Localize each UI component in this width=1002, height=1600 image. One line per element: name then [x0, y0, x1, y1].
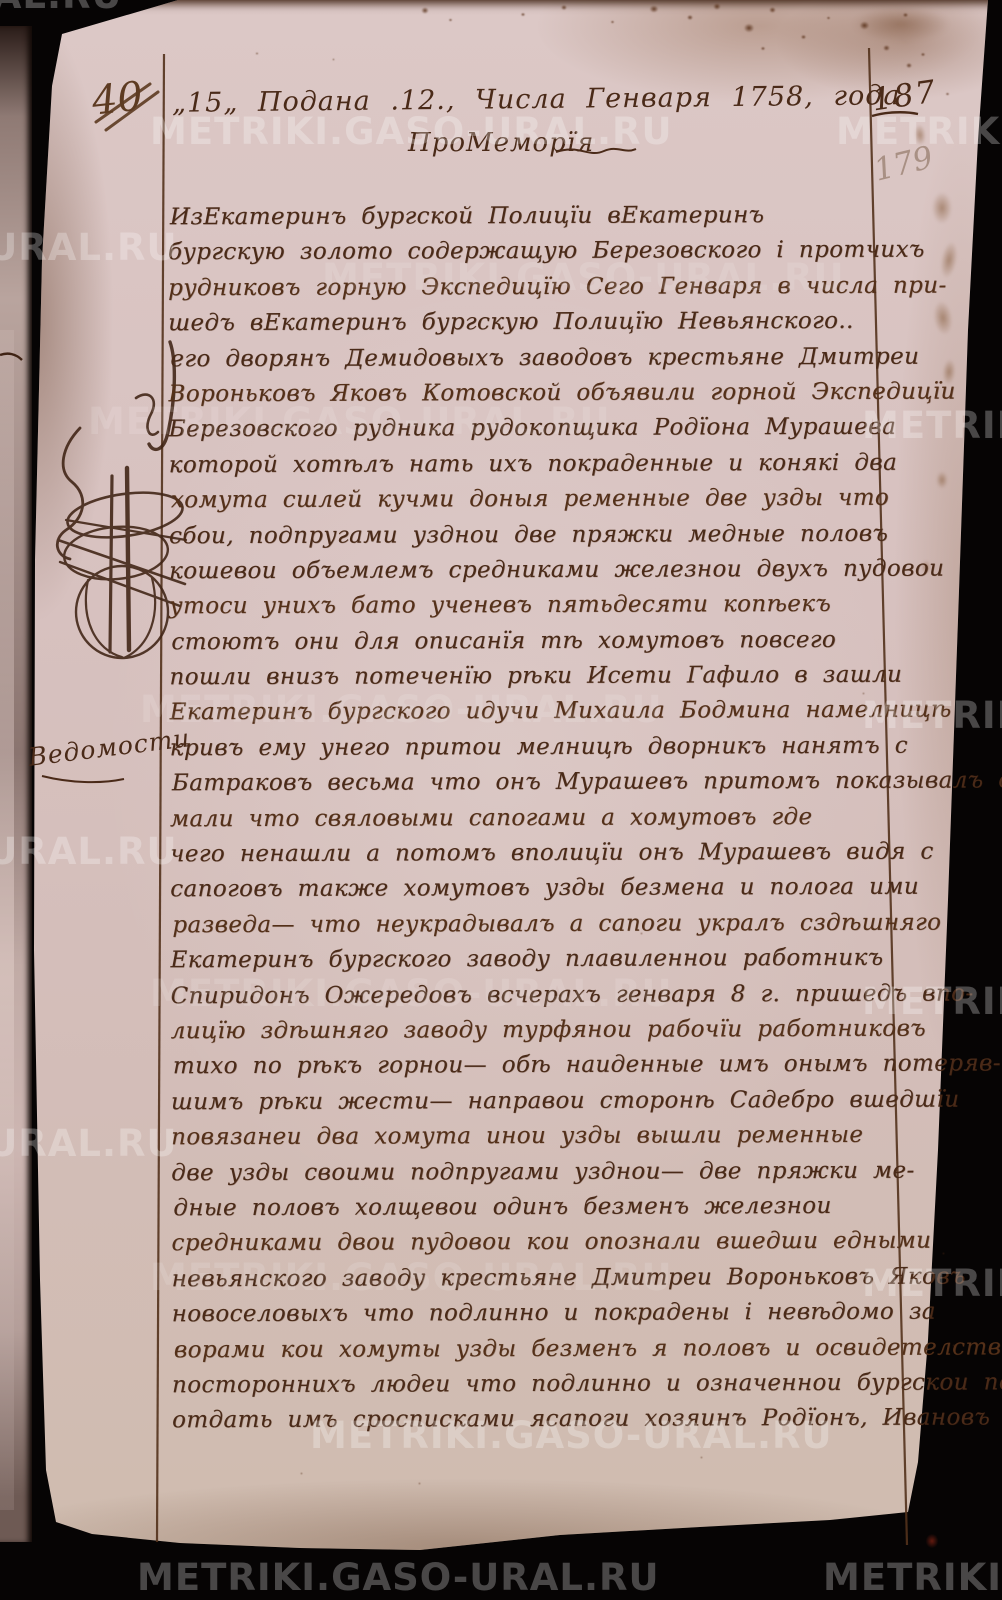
manuscript-line: сапоговъ также хомутовъ узды безмена и п… [170, 870, 894, 908]
manuscript-line: Спиридонъ Ожередовъ всчерахъ генваря 8 г… [171, 976, 895, 1014]
manuscript-line: невьянского заводу крестьяне Дмитреи Вор… [172, 1259, 896, 1297]
document-title: ПроМеморïя [408, 128, 594, 158]
manuscript-line: утоси унихъ бато ученевъ пятьдесяти копѣ… [169, 587, 893, 625]
left-margin-rule [157, 54, 164, 1542]
manuscript-line: его дворянъ Демидовыхъ заводовъ крестьян… [170, 339, 894, 377]
manuscript-line: две узды своими подпругами узднои— две п… [171, 1153, 895, 1191]
manuscript-line: Батраковъ весьма что онъ Мурашевъ притом… [172, 764, 896, 802]
facing-page-stroke [0, 354, 22, 360]
manuscript-line: Вороньковъ Яковъ Котовской объявили горн… [168, 375, 892, 413]
manuscript-line: шедъ вЕкатеринъ бургскую Полицïю Невьянс… [168, 304, 892, 342]
manuscript-line: которой хотѣлъ нать ихъ покраденные и ко… [169, 445, 893, 483]
manuscript-line: ИзЕкатеринъ бургской Полицïи вЕкатеринъ [170, 198, 894, 236]
manuscript-line: разведа— что неукрадывалъ а сапоги украл… [172, 906, 896, 944]
manuscript-line: новоселовыхъ что подлинно и покрадены і … [172, 1295, 896, 1333]
manuscript-line: ворами кои хомуты узды безменъ я половъ … [174, 1330, 898, 1368]
manuscript-line: тихо по рѣкъ горнои— обѣ наиденные имъ о… [173, 1047, 897, 1085]
manuscript-line: пошли внизъ потеченïю рѣки Исети Гафило … [169, 658, 893, 696]
manuscript-line: рудниковъ горную Экспедицïю Сего Генваря… [168, 269, 892, 307]
manuscript-line: стоютъ они для описанïя тѣ хомутовъ повс… [171, 622, 895, 660]
scanned-manuscript-page: 40 „15„ Подана .12., Числа Генваря 1758,… [0, 0, 1002, 1600]
manuscript-line: бургскую золото содержащую Березовского … [168, 233, 892, 271]
manuscript-body: ИзЕкатеринъ бургской Полицïи вЕкатеринъб… [168, 198, 896, 1439]
manuscript-line: хомута сшлей кучми доныя ременные две уз… [171, 481, 895, 519]
manuscript-line: кривъ ему унего притои мелницѣ дворникъ … [170, 729, 894, 767]
manuscript-line: средниками двои пудовои кои опознали вше… [171, 1224, 895, 1262]
crossed-folio-number: 40 [90, 73, 145, 124]
margin-note-underline [42, 776, 124, 782]
manuscript-line: мали что свяловыми сапогами а хомутовъ г… [170, 799, 894, 837]
manuscript-line: шимъ рѣки жести— направои сторонѣ Садебр… [171, 1083, 895, 1121]
margin-flourish-doodle [57, 342, 186, 658]
manuscript-line: Екатеринъ бургского заводу плавиленнои р… [170, 941, 894, 979]
manuscript-line: кошевои объемлемъ средниками железнои дв… [169, 552, 893, 590]
manuscript-line: сбои, подпругами узднои две пряжки медны… [169, 516, 893, 554]
manuscript-line: постороннихъ людеи что подлинно и означе… [172, 1366, 896, 1404]
manuscript-line: Екатеринъ бургского идучи Михаила Бодмин… [170, 693, 894, 731]
manuscript-line: чего ненашли а потомъ вполицïи онъ Мураш… [170, 835, 894, 873]
manuscript-line: повязанеи два хомута инои узды вышли рем… [171, 1118, 895, 1156]
manuscript-line: дные половъ холщевои одинъ безменъ желез… [173, 1189, 897, 1227]
manuscript-line: лицïю здѣшняго заводу турфянои рабочïи р… [171, 1012, 895, 1050]
manuscript-line: Березовского рудника рудокопщика Родïона… [169, 410, 893, 448]
manuscript-line: отдать имъ сросписками ясапоги хозяинъ Р… [172, 1401, 896, 1439]
